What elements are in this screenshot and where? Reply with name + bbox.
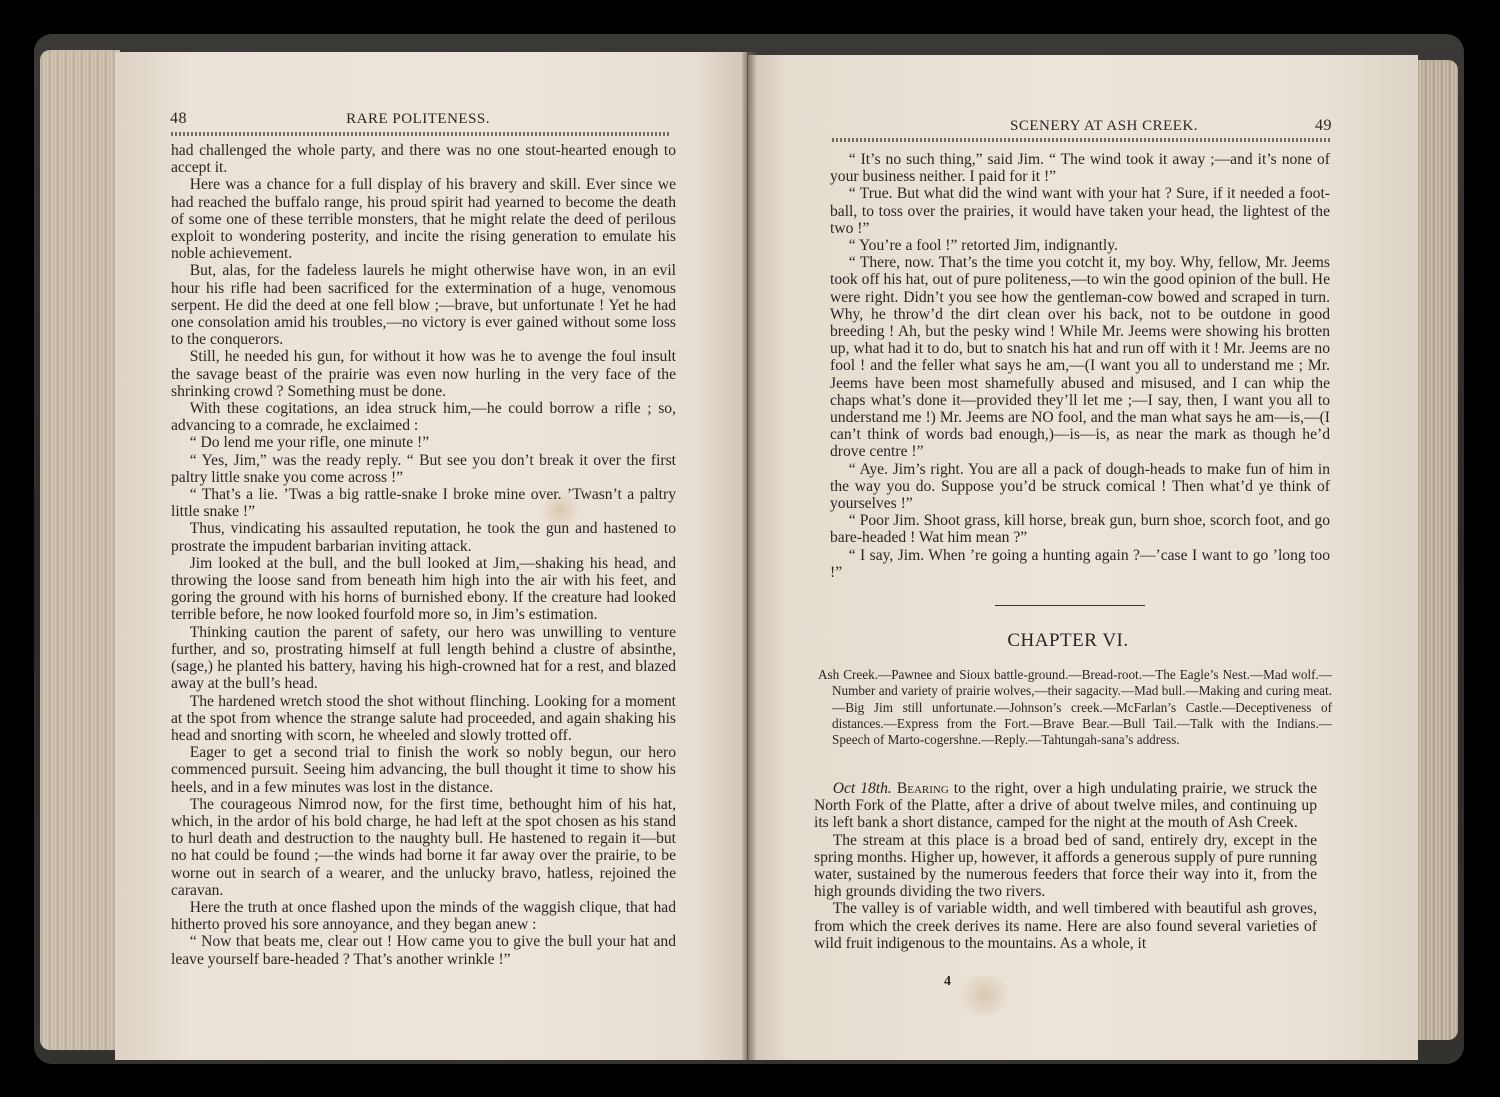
signature-mark: 4 (944, 974, 951, 990)
paragraph: “ True. But what did the wind want with … (830, 185, 1330, 237)
paragraph: “ Now that beats me, clear out ! How cam… (171, 933, 676, 967)
opening-word: Bearing (897, 780, 949, 797)
paragraph: “ That’s a lie. ’Twas a big rattle-snake… (171, 486, 676, 520)
right-page-text: “ It’s no such thing,” said Jim. “ The w… (830, 151, 1330, 581)
paragraph: “ You’re a fool !” retorted Jim, indigna… (830, 237, 1330, 254)
paragraph: The stream at this place is a broad bed … (814, 832, 1317, 901)
paragraph: “ I say, Jim. When ’re going a hunting a… (830, 547, 1330, 581)
paragraph: “ There, now. That’s the time you cotcht… (830, 254, 1330, 460)
paragraph: The valley is of variable width, and wel… (814, 900, 1317, 952)
left-page-number: 48 (170, 110, 187, 128)
right-page-number: 49 (1315, 117, 1332, 135)
chapter-synopsis: Ash Creek.—Pawnee and Sioux battle-groun… (818, 667, 1332, 748)
left-header-rule (171, 132, 671, 136)
right-running-title: SCENERY AT ASH CREEK. (1010, 118, 1198, 135)
chapter-body-text: Oct 18th. Bearing to the right, over a h… (814, 780, 1317, 952)
paragraph: “ Aye. Jim’s right. You are all a pack o… (830, 461, 1330, 513)
paragraph: Thinking caution the parent of safety, o… (171, 624, 676, 693)
paragraph: Here the truth at once flashed upon the … (171, 899, 676, 933)
paragraph: Eager to get a second trial to finish th… (171, 744, 676, 796)
paragraph: “ It’s no such thing,” said Jim. “ The w… (830, 151, 1330, 185)
left-running-title: RARE POLITENESS. (346, 111, 490, 128)
paragraph: Still, he needed his gun, for without it… (171, 348, 676, 400)
paragraph: “ Yes, Jim,” was the ready reply. “ But … (171, 452, 676, 486)
right-header-rule (832, 138, 1332, 142)
date-line: Oct 18th. (833, 780, 892, 797)
paragraph: had challenged the whole party, and ther… (171, 142, 676, 176)
paragraph: The hardened wretch stood the shot witho… (171, 693, 676, 745)
chapter-separator-rule (995, 605, 1145, 606)
book-gutter (742, 52, 756, 1060)
right-running-head: SCENERY AT ASH CREEK. 49 (830, 117, 1332, 135)
paragraph-opening: Oct 18th. Bearing to the right, over a h… (814, 780, 1317, 832)
paragraph: Jim looked at the bull, and the bull loo… (171, 555, 676, 624)
page-edges-left (40, 50, 120, 1050)
left-page-text: had challenged the whole party, and ther… (171, 142, 676, 968)
paragraph: With these cogitations, an idea struck h… (171, 400, 676, 434)
left-running-head: 48 RARE POLITENESS. (170, 110, 670, 128)
paragraph: The courageous Nimrod now, for the first… (171, 796, 676, 899)
paragraph: Here was a chance for a full display of … (171, 176, 676, 262)
paragraph: “ Do lend me your rifle, one minute !” (171, 434, 676, 451)
paragraph: Thus, vindicating his assaulted reputati… (171, 520, 676, 554)
paper-stain (955, 975, 1015, 1015)
paragraph: But, alas, for the fadeless laurels he m… (171, 262, 676, 348)
chapter-title: CHAPTER VI. (948, 630, 1188, 652)
paragraph: “ Poor Jim. Shoot grass, kill horse, bre… (830, 512, 1330, 546)
